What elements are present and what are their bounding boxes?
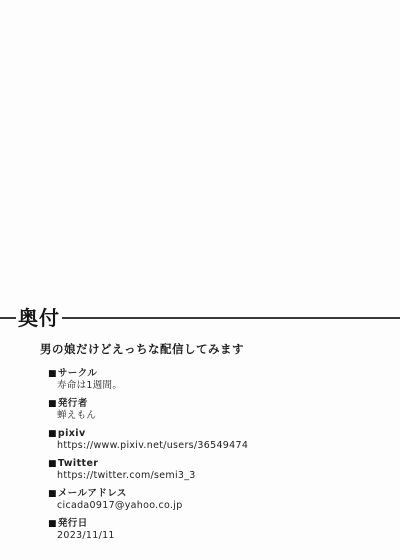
entry-label-row: ■ メールアドレス (48, 488, 400, 500)
square-bullet-icon: ■ (48, 398, 57, 410)
credits-list: ■ サークル 寿命は1週間。 ■ 発行者 蝉えもん ■ pixiv https:… (48, 368, 400, 542)
entry-label: Twitter (58, 458, 98, 470)
square-bullet-icon: ■ (48, 368, 57, 380)
entry-value-email: cicada0917@yahoo.co.jp (48, 500, 400, 512)
entry-value: 寿命は1週間。 (48, 380, 400, 392)
square-bullet-icon: ■ (48, 428, 57, 440)
square-bullet-icon: ■ (48, 488, 57, 500)
list-item-circle: ■ サークル 寿命は1週間。 (48, 368, 400, 392)
entry-label: 発行者 (58, 398, 88, 410)
entry-value: 蝉えもん (48, 410, 400, 422)
entry-label-row: ■ 発行日 (48, 518, 400, 530)
entry-label: サークル (58, 368, 97, 380)
entry-value-date: 2023/11/11 (48, 530, 400, 542)
list-item-twitter: ■ Twitter https://twitter.com/semi3_3 (48, 458, 400, 482)
entry-label-row: ■ pixiv (48, 428, 400, 440)
list-item-publish-date: ■ 発行日 2023/11/11 (48, 518, 400, 542)
entry-value-twitter-url: https://twitter.com/semi3_3 (48, 470, 400, 482)
book-title: 男の娘だけどえっちな配信してみます (40, 341, 400, 357)
square-bullet-icon: ■ (48, 518, 57, 530)
entry-label: 発行日 (58, 518, 88, 530)
entry-label: メールアドレス (58, 488, 127, 500)
entry-label-row: ■ 発行者 (48, 398, 400, 410)
header-rule-left (0, 317, 16, 319)
colophon-section: 奥付 男の娘だけどえっちな配信してみます ■ サークル 寿命は1週間。 ■ 発行… (0, 307, 400, 548)
list-item-email: ■ メールアドレス cicada0917@yahoo.co.jp (48, 488, 400, 512)
colophon-heading: 奥付 (16, 307, 62, 329)
entry-label-row: ■ Twitter (48, 458, 400, 470)
entry-value-pixiv-url: https://www.pixiv.net/users/36549474 (48, 440, 400, 452)
entry-label: pixiv (58, 428, 86, 440)
colophon-page: 奥付 男の娘だけどえっちな配信してみます ■ サークル 寿命は1週間。 ■ 発行… (0, 0, 400, 560)
square-bullet-icon: ■ (48, 458, 57, 470)
list-item-pixiv: ■ pixiv https://www.pixiv.net/users/3654… (48, 428, 400, 452)
colophon-header: 奥付 (0, 307, 400, 329)
entry-label-row: ■ サークル (48, 368, 400, 380)
list-item-author: ■ 発行者 蝉えもん (48, 398, 400, 422)
header-rule-right (62, 317, 400, 319)
